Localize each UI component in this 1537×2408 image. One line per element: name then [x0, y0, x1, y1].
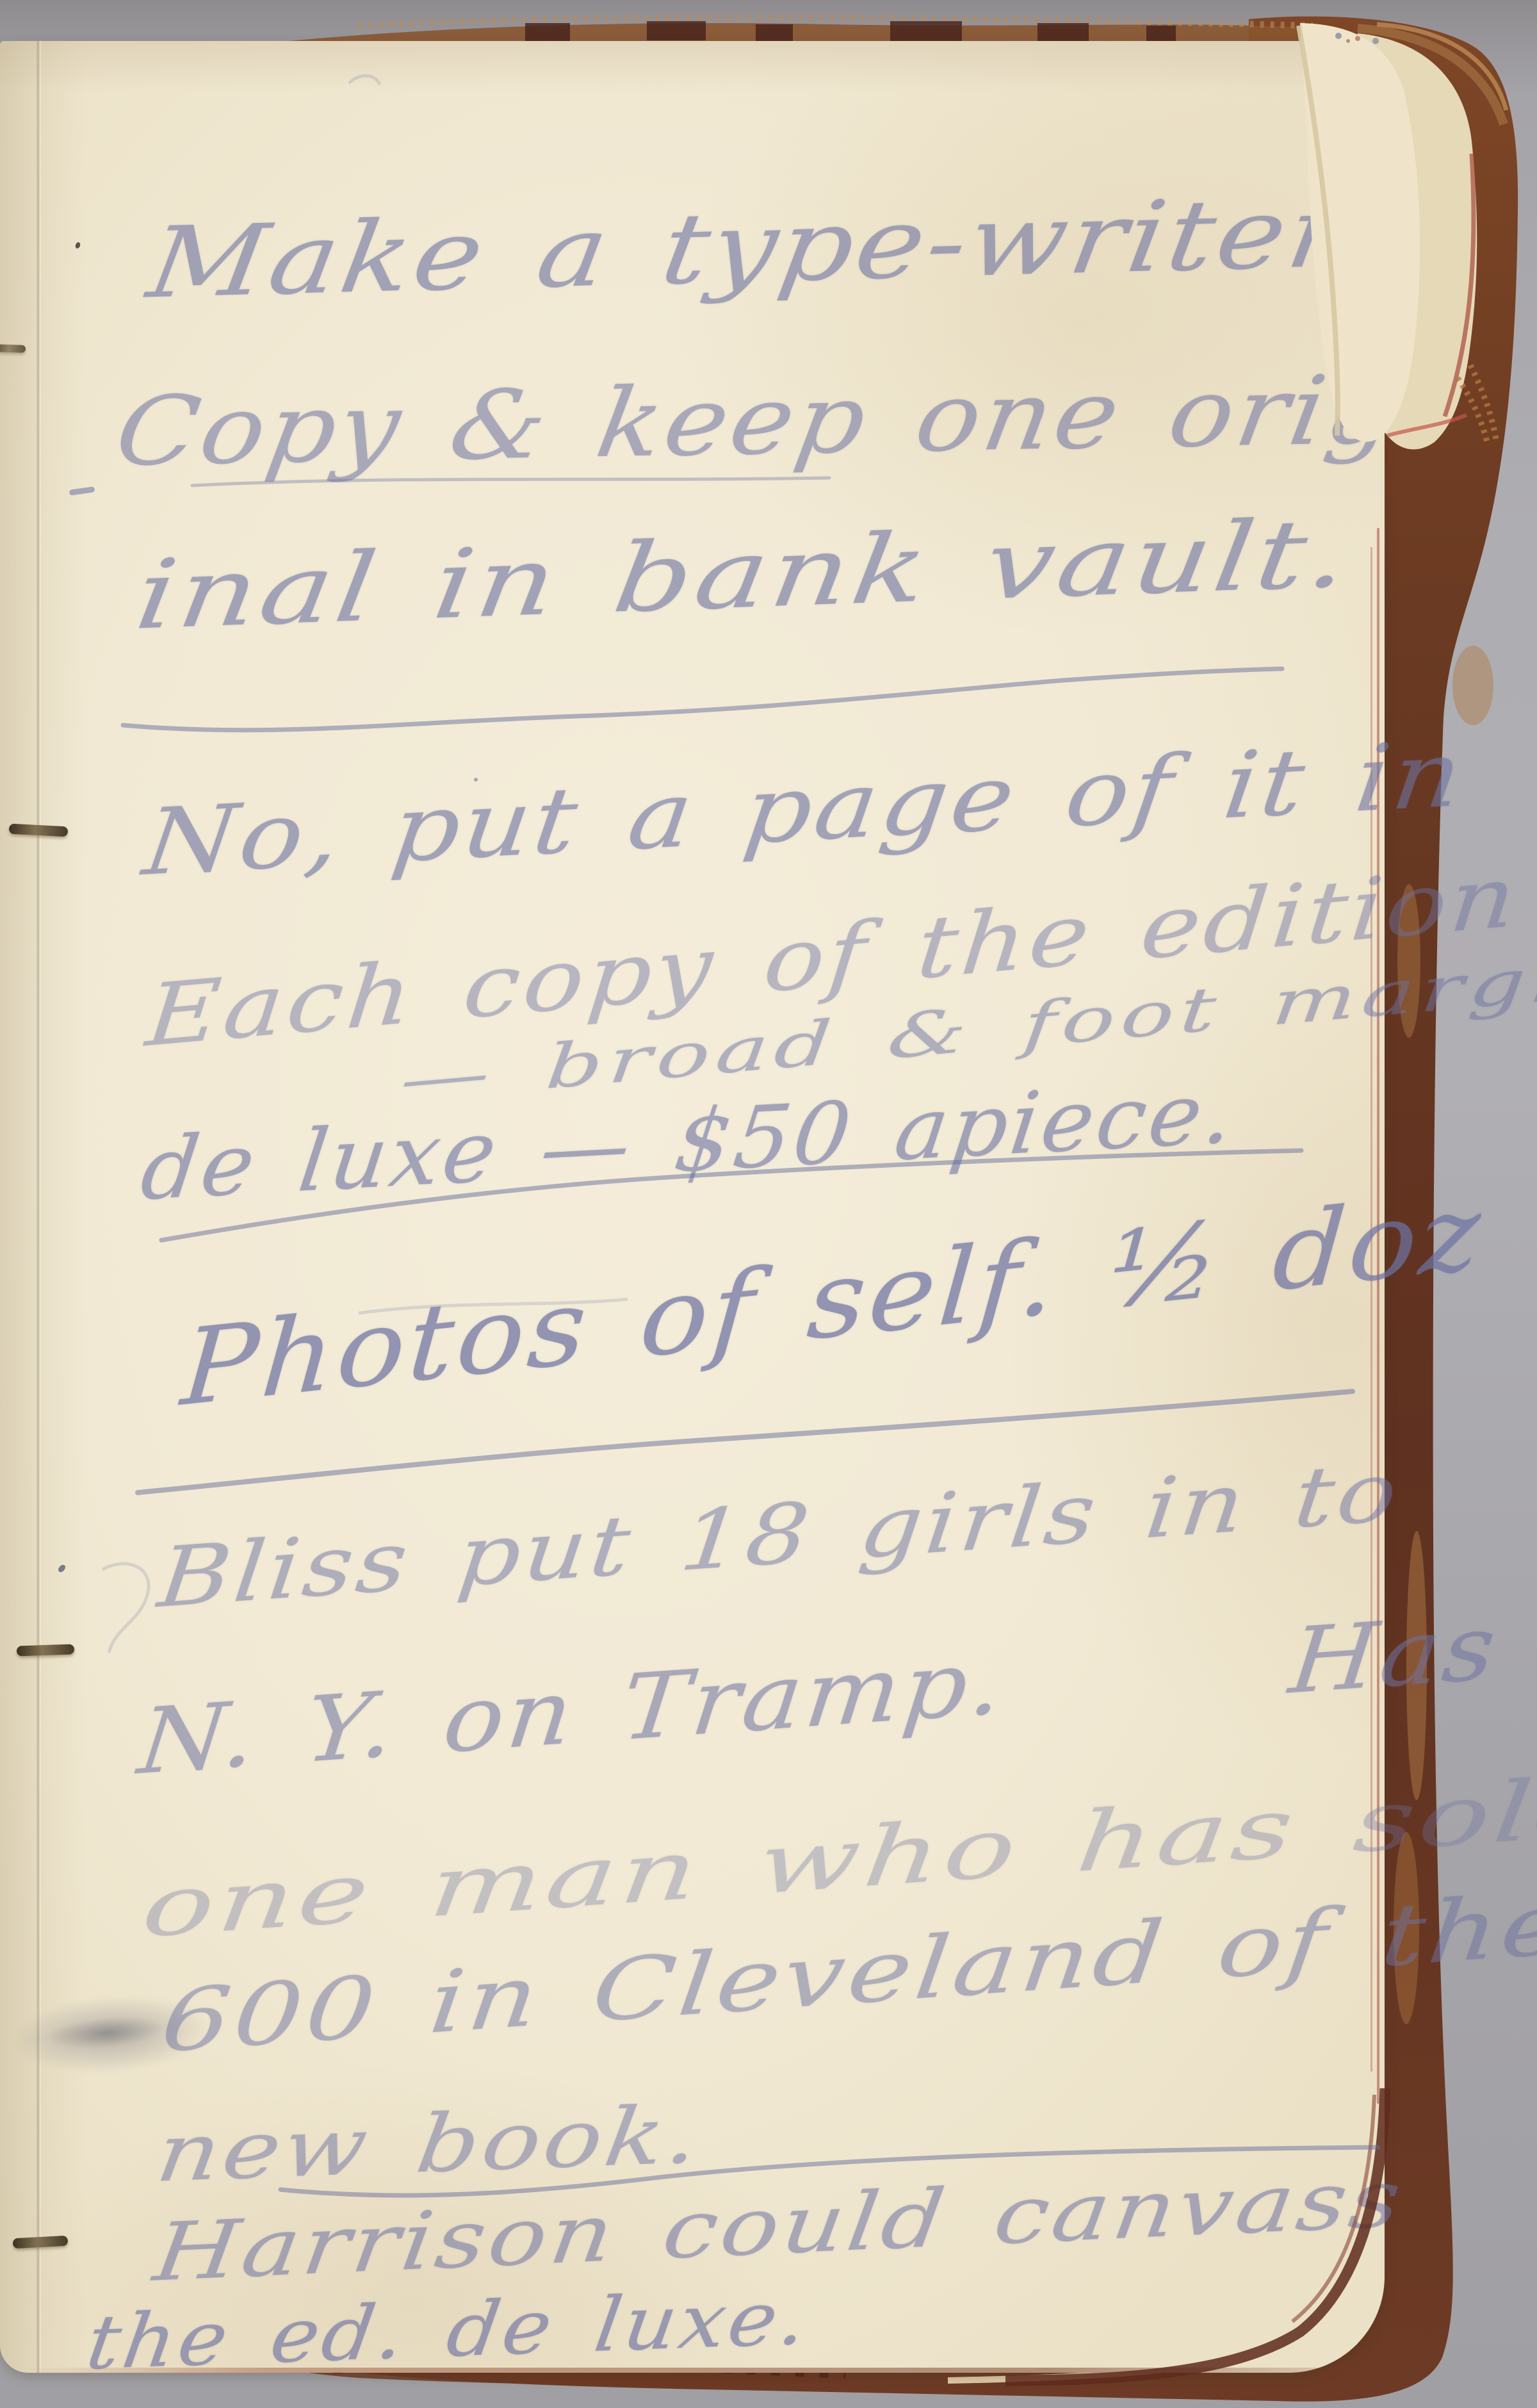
top-edge-fuzz	[359, 17, 1313, 26]
handwritten-line: Copy & keep one orig-	[110, 361, 1444, 479]
cover-shine	[1377, 24, 1506, 110]
handwritten-line: Bliss put 18 girls in to	[154, 1451, 1403, 1621]
corner-fray-fibers	[1458, 365, 1496, 442]
handwritten-line: Photos of self. ½ doz	[179, 1180, 1486, 1422]
red-stained-corner-edge	[1445, 154, 1474, 416]
scanned-notebook-photo: { "notebook_page": { "handwritten_lines"…	[0, 0, 1537, 2408]
handwritten-line: N. Y. on Tramp. Has	[134, 1603, 1502, 1789]
handwritten-line: No, put a page of it in	[139, 728, 1469, 889]
handwritten-line: inal in bank vault.	[131, 505, 1357, 643]
notebook-page: Make a type-writer Copy & keep one orig-…	[0, 41, 1385, 2373]
handwritten-line: the ed. de luxe.	[83, 2281, 814, 2381]
handwritten-line: new book.	[152, 2095, 706, 2193]
binding-stitch	[17, 1644, 75, 1656]
handwritten-line: Make a type-writer	[142, 183, 1354, 313]
top-edge-dark-chunks	[525, 21, 1176, 42]
binding-stitch	[0, 344, 26, 353]
worn-leather-patch	[1452, 646, 1493, 725]
handwritten-line: de luxe — $50 apiece.	[137, 1070, 1240, 1213]
